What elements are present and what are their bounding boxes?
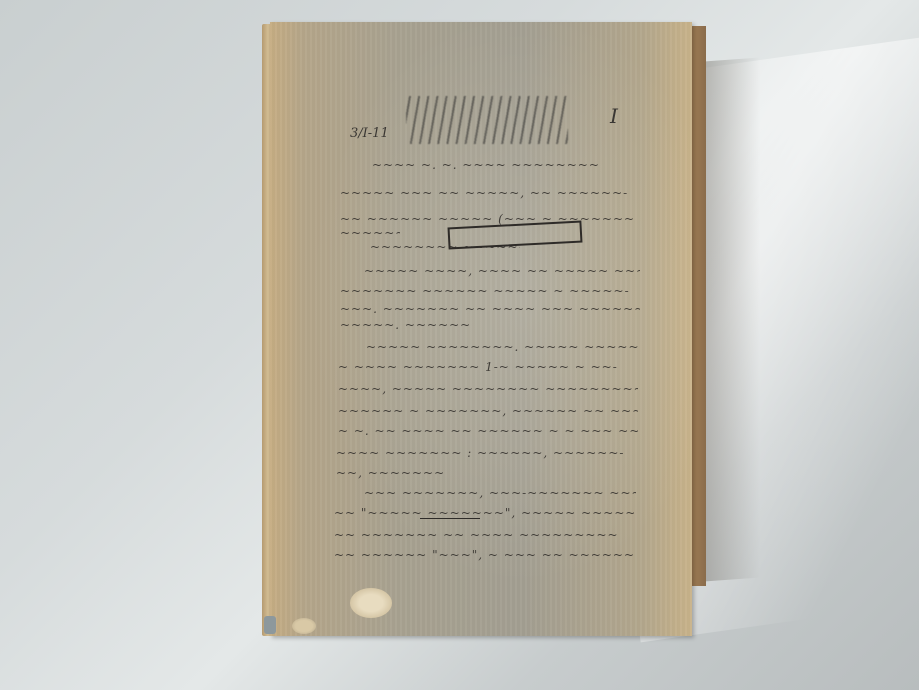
manuscript-line: ~~~~~ ~~~~~~~~. ~~~~~ ~~~~~ <box>366 340 638 354</box>
water-stain <box>350 588 392 618</box>
manuscript-line: ~ ~~~~ ~~~~~~~ 1-~ ~~~~~ ~ ~~- <box>338 360 638 374</box>
manuscript-line: ~~ "~~~~~ ~~~~~~~", ~~~~~ ~~~~~~~- <box>334 506 634 520</box>
manuscript-line: ~~~~~ ~~~~, ~~~~ ~~ ~~~~~ ~~~ <box>364 264 640 278</box>
manuscript-line: ~~~ ~~~~~~~, ~~~-~~~~~~~ ~~~- <box>364 486 636 500</box>
page-number: I <box>610 104 618 128</box>
manuscript-title-scribble <box>406 96 568 144</box>
underline-mark <box>420 518 480 519</box>
manuscript-line: ~~~~ ~~~~~~~ : ~~~~~~, ~~~~~~- <box>336 446 636 460</box>
manuscript-line: ~~, ~~~~~~~~. <box>336 466 446 480</box>
manuscript-line: ~~ ~~~~~~ ~~~~~ (~~~ ~ ~~~~~~~ <box>340 212 640 226</box>
manuscript-line: ~~~~~~. <box>340 226 400 240</box>
manuscript-line: ~~~~~. ~~~~~~~~ <box>340 318 470 332</box>
water-stain-small <box>292 618 316 634</box>
manuscript-line: ~ ~. ~~ ~~~~ ~~ ~~~~~~ ~ ~ ~~~ ~~~ <box>338 424 638 438</box>
manuscript-line: ~~~. ~~~~~~~ ~~ ~~~~ ~~~ ~~~~~~~ <box>340 302 640 316</box>
book-page-edge <box>692 26 706 586</box>
manuscript-line: ~~~~~~ ~ ~~~~~~~, ~~~~~~ ~~ ~~~~ <box>338 404 638 418</box>
date-mark: 3/I-11 <box>350 126 389 141</box>
manuscript-line: ~~ ~~~~~~ "~~~", ~ ~~~ ~~ ~~~~~~~ ! <box>334 548 634 562</box>
manuscript-line: ~~~~, ~~~~~ ~~~~~~~~ ~~~~~~~~~~ <box>338 382 638 396</box>
manuscript-line: ~~~~ ~. ~. ~~~~ ~~~~~~~~ <box>372 158 634 172</box>
manuscript-line: ~~~~~~~ ~~~~~~ ~~~~~ ~ ~~~~~- <box>340 284 640 298</box>
corner-wear <box>264 616 276 634</box>
manuscript-line: ~~~~~ ~~~ ~~ ~~~~~, ~~ ~~~~~~- <box>340 186 640 200</box>
manuscript-line: ~~ ~~~~~~~ ~~ ~~~~ ~~~~~~~~~ <box>334 528 634 542</box>
